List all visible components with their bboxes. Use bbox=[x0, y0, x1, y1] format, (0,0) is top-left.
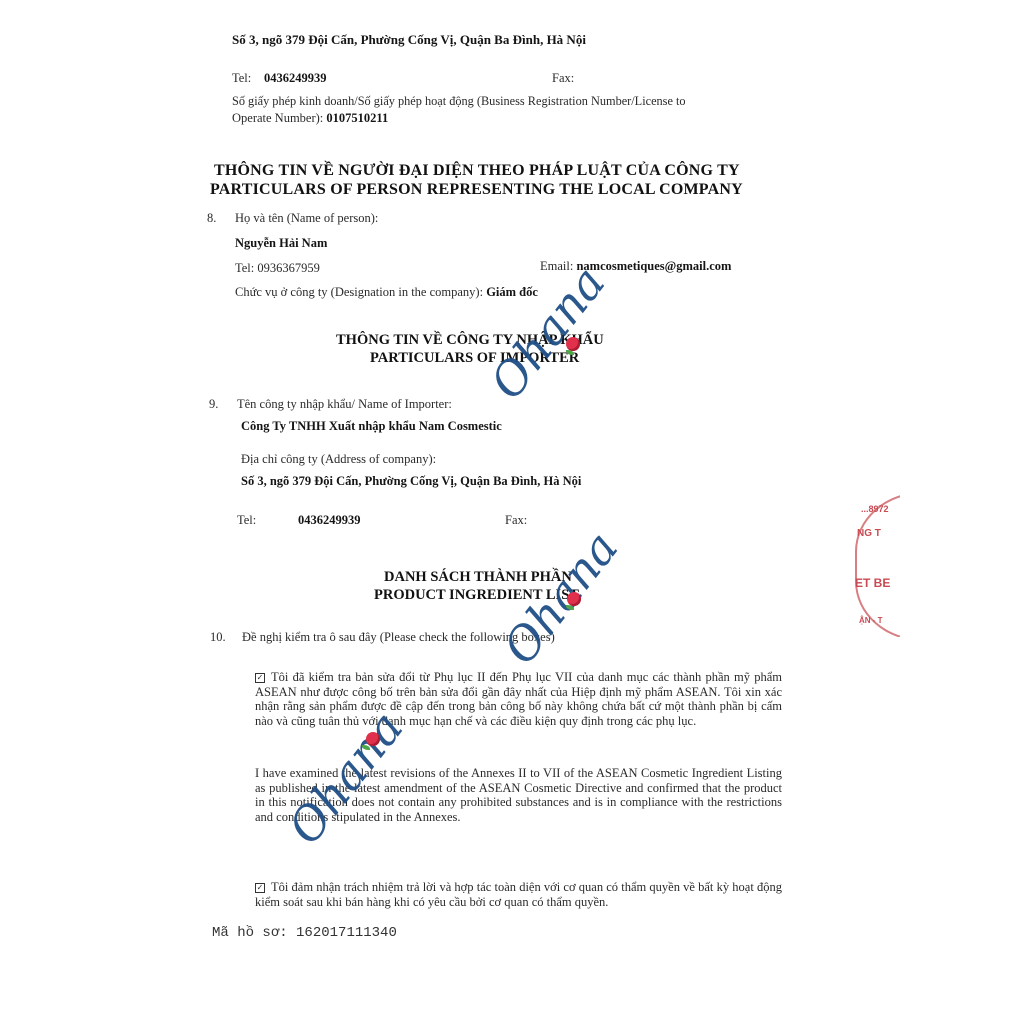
person-tel-label: Tel: bbox=[235, 261, 254, 275]
importer-name-label: Tên công ty nhập khẩu/ Name of Importer: bbox=[237, 397, 452, 412]
company-tel: 0436249939 bbox=[264, 71, 327, 86]
person-name-label: Họ và tên (Name of person): bbox=[235, 211, 378, 226]
person-designation-label: Chức vụ ở công ty (Designation in the co… bbox=[235, 285, 483, 299]
declaration-1-vi-text: Tôi đã kiểm tra bản sửa đổi từ Phụ lục I… bbox=[255, 670, 782, 728]
importer-fax-label: Fax: bbox=[505, 513, 527, 528]
item-number-8: 8. bbox=[207, 211, 216, 226]
file-code-label: Mã hồ sơ: bbox=[212, 925, 288, 941]
checkbox-1[interactable]: ✓ bbox=[255, 673, 265, 683]
declaration-1-vi: ✓Tôi đã kiểm tra bản sửa đổi từ Phụ lục … bbox=[255, 670, 782, 728]
rose-icon bbox=[567, 592, 581, 606]
person-designation-line: Chức vụ ở công ty (Designation in the co… bbox=[235, 285, 538, 300]
file-code-line: Mã hồ sơ: 162017111340 bbox=[212, 925, 397, 941]
stamp-text: ẬN - T bbox=[859, 616, 883, 625]
license-label: Operate Number): bbox=[232, 111, 323, 125]
person-tel: 0936367959 bbox=[257, 261, 320, 275]
declaration-2-vi: ✓Tôi đảm nhận trách nhiệm trả lời và hợp… bbox=[255, 880, 782, 909]
rose-icon bbox=[366, 732, 380, 746]
item-number-9: 9. bbox=[209, 397, 218, 412]
importer-address-label: Địa chỉ công ty (Address of company): bbox=[241, 452, 436, 467]
company-tel-label: Tel: bbox=[232, 71, 251, 86]
stamp-text: NG T bbox=[857, 528, 881, 539]
person-tel-line: Tel: 0936367959 bbox=[235, 261, 320, 276]
checkbox-2[interactable]: ✓ bbox=[255, 883, 265, 893]
declaration-2-vi-text: Tôi đảm nhận trách nhiệm trả lời và hợp … bbox=[255, 880, 782, 909]
license-number: 0107510211 bbox=[326, 111, 388, 125]
item-number-10: 10. bbox=[210, 630, 226, 645]
company-fax-label: Fax: bbox=[552, 71, 574, 86]
company-stamp: ...8972 NG T ET BE ẬN - T bbox=[855, 492, 900, 637]
company-address: Số 3, ngõ 379 Đội Cấn, Phường Cống Vị, Q… bbox=[232, 32, 586, 48]
stamp-text: ...8972 bbox=[861, 504, 889, 514]
importer-address: Số 3, ngõ 379 Đội Cấn, Phường Cống Vị, Q… bbox=[241, 474, 581, 489]
importer-tel-label: Tel: bbox=[237, 513, 256, 528]
license-label-line2: Operate Number): 0107510211 bbox=[232, 111, 388, 126]
person-email: namcosmetiques@gmail.com bbox=[576, 259, 731, 273]
representative-heading-vi: THÔNG TIN VỀ NGƯỜI ĐẠI DIỆN THEO PHÁP LU… bbox=[214, 162, 740, 180]
stamp-text: ET BE bbox=[855, 576, 890, 590]
importer-name: Công Ty TNHH Xuất nhập khẩu Nam Cosmesti… bbox=[241, 419, 502, 434]
person-name: Nguyễn Hải Nam bbox=[235, 236, 327, 251]
file-code: 162017111340 bbox=[296, 925, 397, 941]
representative-heading-en: PARTICULARS OF PERSON REPRESENTING THE L… bbox=[210, 181, 743, 199]
importer-tel: 0436249939 bbox=[298, 513, 361, 528]
rose-icon bbox=[566, 337, 580, 351]
person-designation: Giám đốc bbox=[486, 285, 538, 299]
license-label-line1: Số giấy phép kinh doanh/Số giấy phép hoạ… bbox=[232, 94, 686, 109]
